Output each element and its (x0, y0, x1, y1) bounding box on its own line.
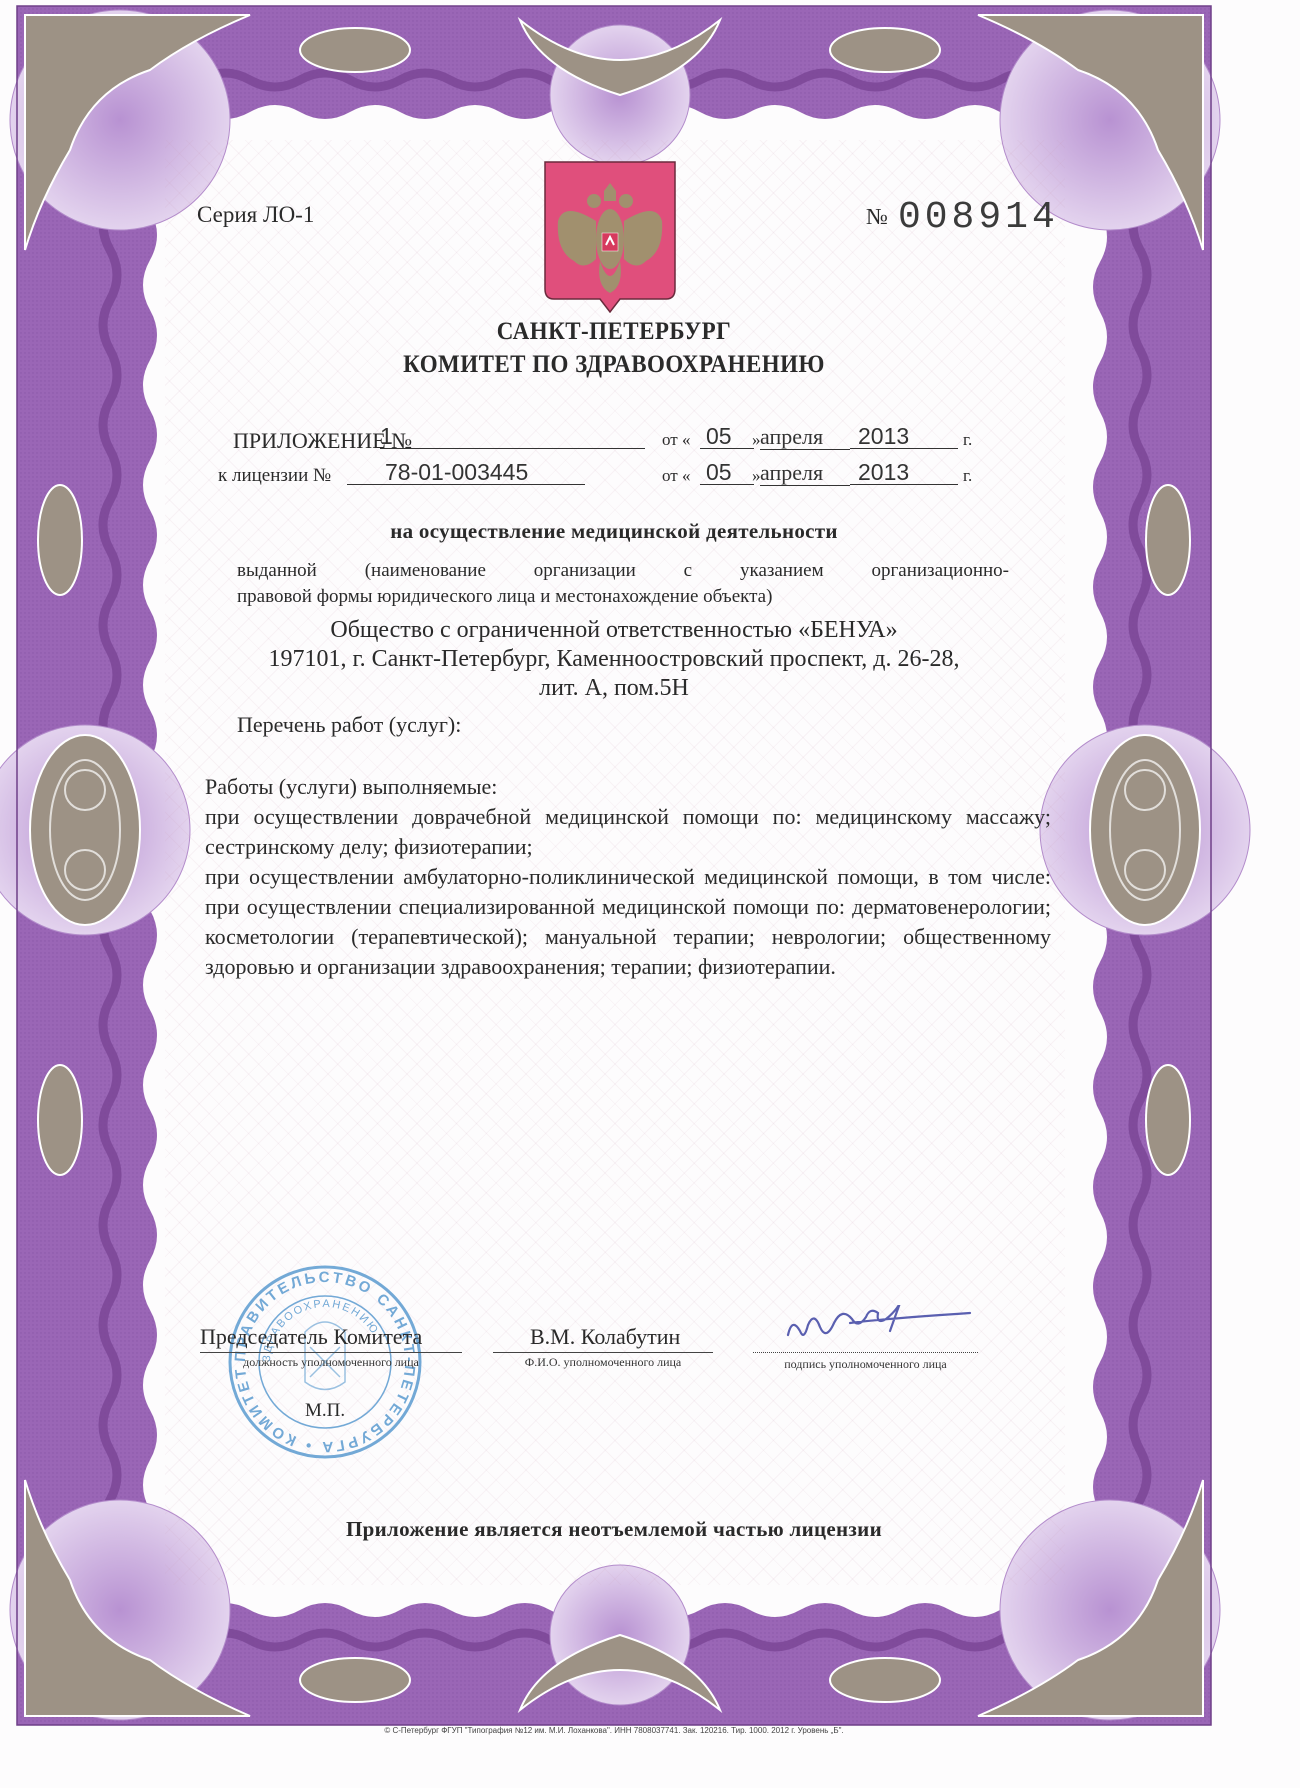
position-caption: должность уполномоченного лица (200, 1355, 462, 1370)
appendix-number-field: 1 (380, 424, 645, 449)
services-item: Работы (услуги) выполняемые: (205, 772, 1051, 802)
city-heading: САНКТ-ПЕТЕРБУРГ (49, 318, 1179, 346)
license-number-field: 78-01-003445 (347, 460, 585, 485)
series-label: Серия ЛО-1 (197, 202, 314, 228)
closing-statement: Приложение является неотъемлемой частью … (0, 1517, 1228, 1542)
license-year-field: 2013 (850, 460, 958, 485)
position-line (200, 1352, 462, 1353)
services-list: Работы (услуги) выполняемые: при осущест… (205, 772, 1051, 982)
appendix-month-field: апреля (760, 425, 850, 450)
license-day-field: 05 (700, 460, 754, 485)
organization-address-line2: лит. А, пом.5Н (0, 674, 1228, 702)
purpose-heading: на осуществление медицинской деятельност… (0, 519, 1228, 544)
number-sign: № (866, 204, 888, 229)
committee-heading: КОМИТЕТ ПО ЗДРАВООХРАНЕНИЮ (49, 351, 1179, 379)
name-caption: Ф.И.О. уполномоченного лица (493, 1355, 713, 1370)
appendix-year-suffix: г. (963, 430, 972, 450)
coat-of-arms-icon (544, 161, 676, 313)
license-year-suffix: г. (963, 466, 972, 486)
license-month-field: апреля (760, 461, 850, 486)
form-number: №008914 (866, 196, 1059, 239)
name-line (493, 1352, 713, 1353)
organization-address-line1: 197101, г. Санкт-Петербург, Каменноостро… (0, 645, 1228, 673)
printer-note: © С-Петербург ФГУП "Типография №12 им. М… (0, 1726, 1228, 1735)
license-date-prefix: от « (662, 466, 690, 486)
services-heading: Перечень работ (услуг): (237, 712, 461, 738)
organization-name: Общество с ограниченной ответственностью… (0, 616, 1228, 644)
license-label: к лицензии № (218, 465, 331, 487)
appendix-day-field: 05 (700, 424, 754, 449)
appendix-date-prefix: от « (662, 430, 690, 450)
issued-to-caption-line2: правовой формы юридического лица и место… (237, 584, 1009, 610)
issued-to-caption-line1: выданной (наименование организации с ука… (237, 558, 1009, 584)
handwritten-signature (780, 1305, 980, 1350)
services-item: при осуществлении амбулаторно-поликлинич… (205, 862, 1051, 982)
signature-line (753, 1352, 978, 1353)
signatory-position: Председатель Комитета (200, 1324, 422, 1350)
seal-label: М.П. (305, 1400, 345, 1422)
signature-caption: подпись уполномоченного лица (753, 1357, 978, 1372)
appendix-year-field: 2013 (850, 424, 958, 449)
services-item: при осуществлении доврачебной медицинско… (205, 802, 1051, 862)
issued-to-caption: выданной (наименование организации с ука… (237, 558, 1009, 610)
number-value: 008914 (898, 196, 1059, 239)
signatory-name: В.М. Колабутин (530, 1324, 680, 1350)
